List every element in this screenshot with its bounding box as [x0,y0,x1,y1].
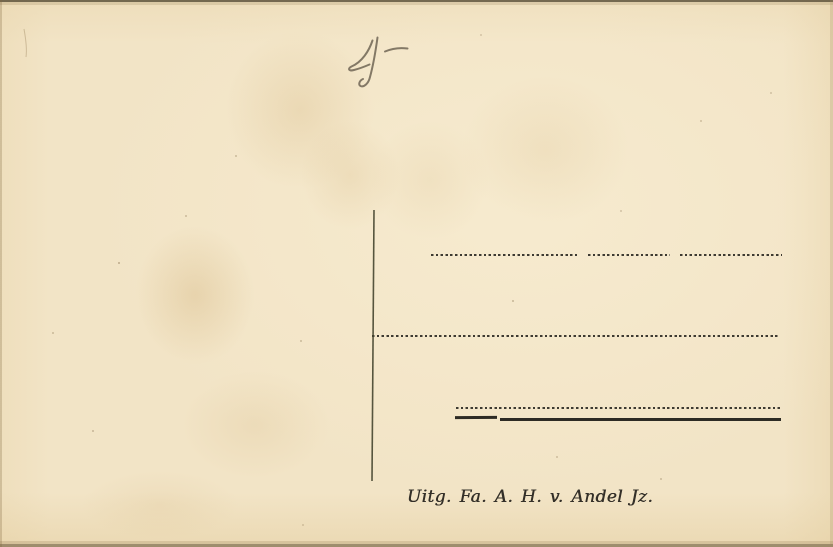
pencil-stroke-four-arm [349,41,372,71]
paper-stain [225,30,375,190]
overlay-graphics [0,0,833,547]
paper-crease [24,29,26,57]
address-line-1-segment-1 [431,254,577,256]
card-edge-bottom-soft [0,541,833,544]
paper-stain [370,120,490,240]
center-divider-line [372,210,374,481]
postcard-back: Uitg. Fa. A. H. v. Andel Jz. [0,0,833,547]
card-edge-left [0,0,2,547]
card-edge-top [0,0,833,2]
card-edge-top-soft [0,2,833,5]
paper-stain [135,225,255,365]
paper-stain [460,75,630,225]
handwritten-price-mark [349,38,407,87]
pencil-stroke-four-stem [359,38,377,87]
paper-stain [180,370,330,480]
address-underline-long [500,418,781,421]
paper-speckles [0,0,2,2]
address-line-1-segment-3 [680,254,782,256]
address-line-1-segment-2 [588,254,670,256]
pencil-stroke-dash [385,48,408,51]
address-line-2 [372,335,780,337]
publisher-imprint: Uitg. Fa. A. H. v. Andel Jz. [400,486,660,508]
paper-stain [300,120,400,230]
paper-stain [80,470,240,540]
address-underline-short [455,415,497,418]
address-line-3 [456,407,782,409]
